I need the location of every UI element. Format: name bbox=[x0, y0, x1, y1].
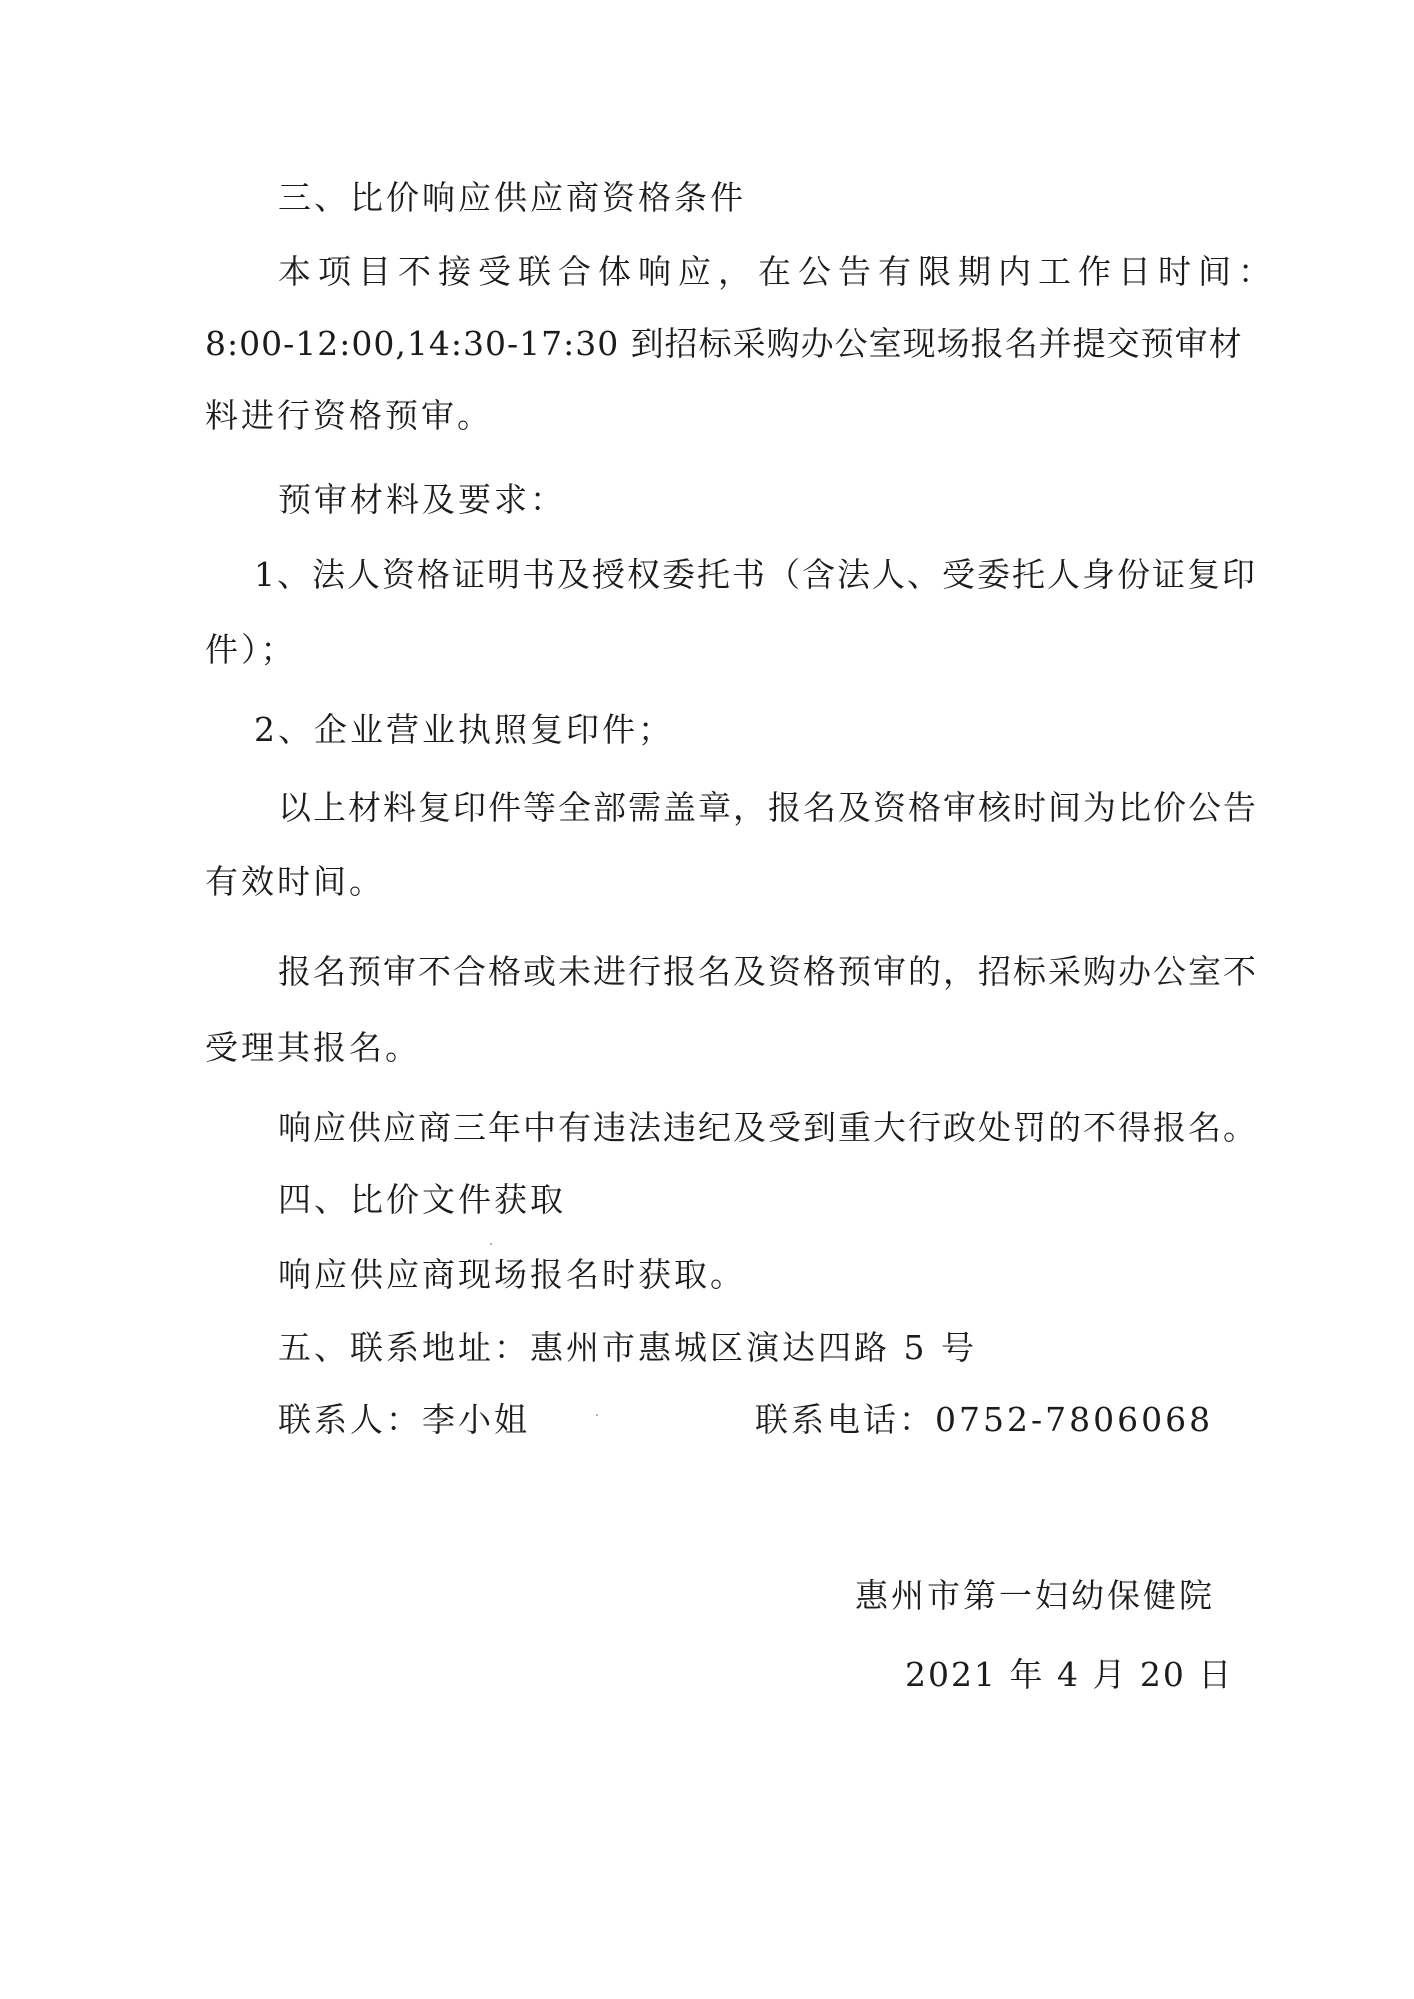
stamp-note-line1: 以上材料复印件等全部需盖章，报名及资格审核时间为比价公告 bbox=[278, 788, 1258, 828]
material-item-1-line2: 件）； bbox=[205, 630, 297, 670]
signature-date: 2021 年 4 月 20 日 bbox=[905, 1655, 1233, 1695]
document-page: 三、比价响应供应商资格条件 本项目不接受联合体响应，在公告有限期内工作日时间： … bbox=[0, 0, 1414, 1999]
signature-organization: 惠州市第一妇幼保健院 bbox=[855, 1576, 1215, 1616]
section4-body: 响应供应商现场报名时获取。 bbox=[278, 1255, 746, 1295]
reject-note-line2: 受理其报名。 bbox=[205, 1028, 421, 1068]
violation-note: 响应供应商三年中有违法违纪及受到重大行政处罚的不得报名。 bbox=[278, 1108, 1258, 1148]
contact-address: 五、联系地址：惠州市惠城区演达四路 5 号 bbox=[278, 1328, 977, 1368]
scan-speck bbox=[490, 1243, 492, 1245]
scan-speck bbox=[1190, 962, 1192, 964]
material-item-1-line1: 1、法人资格证明书及授权委托书（含法人、受委托人身份证复印 bbox=[254, 555, 1257, 595]
stamp-note-line2: 有效时间。 bbox=[205, 862, 385, 902]
materials-heading: 预审材料及要求： bbox=[278, 480, 566, 520]
section3-para1-line3: 料进行资格预审。 bbox=[205, 396, 493, 436]
section3-para1-line1: 本项目不接受联合体响应，在公告有限期内工作日时间： bbox=[278, 252, 1278, 292]
scan-speck bbox=[596, 1414, 598, 1416]
section3-heading: 三、比价响应供应商资格条件 bbox=[278, 178, 746, 218]
reject-note-line1: 报名预审不合格或未进行报名及资格预审的，招标采购办公室不 bbox=[278, 952, 1258, 992]
contact-person: 联系人：李小姐 bbox=[278, 1400, 530, 1440]
material-item-2: 2、企业营业执照复印件； bbox=[254, 710, 674, 750]
section3-para1-line2: 8:00-12:00,14:30-17:30 到招标采购办公室现场报名并提交预审… bbox=[205, 324, 1243, 364]
contact-phone: 联系电话：0752-7806068 bbox=[755, 1400, 1213, 1440]
section4-heading: 四、比价文件获取 bbox=[278, 1180, 566, 1220]
